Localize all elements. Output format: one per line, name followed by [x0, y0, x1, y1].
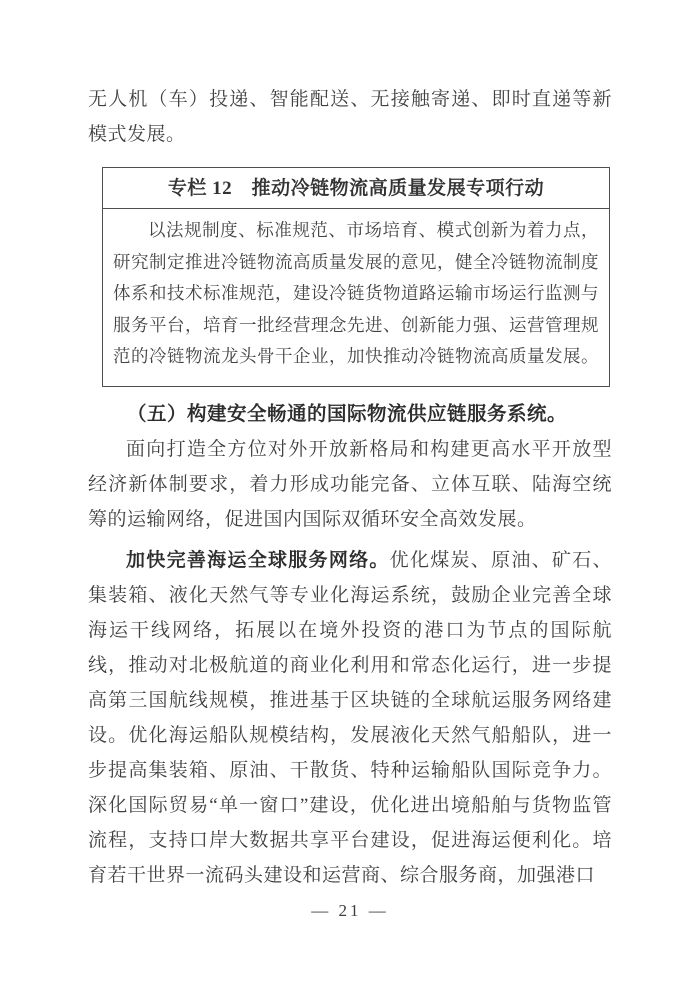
page-content: 无人机（车）投递、智能配送、无接触寄递、即时直递等新模式发展。 专栏 12 推动… [88, 82, 612, 893]
section-heading: （五）构建安全畅通的国际物流供应链服务系统。 [88, 397, 612, 432]
callout-box-body: 以法规制度、标准规范、市场培育、模式创新为着力点，研究制定推进冷链物流高质量发展… [103, 209, 609, 386]
paragraph-body: 优化煤炭、原油、矿石、集装箱、液化天然气等专业化海运系统，鼓励企业完善全球海运干… [88, 550, 612, 886]
continuation-paragraph: 无人机（车）投递、智能配送、无接触寄递、即时直递等新模式发展。 [88, 82, 612, 152]
callout-box: 专栏 12 推动冷链物流高质量发展专项行动 以法规制度、标准规范、市场培育、模式… [102, 167, 610, 387]
page-number: — 21 — [0, 901, 700, 921]
paragraph-overview: 面向打造全方位对外开放新格局和构建更高水平开放型经济新体制要求，着力形成功能完备… [88, 432, 612, 537]
callout-box-title: 专栏 12 推动冷链物流高质量发展专项行动 [103, 168, 609, 209]
paragraph-lead: 加快完善海运全球服务网络。 [126, 550, 390, 571]
document-page: 无人机（车）投递、智能配送、无接触寄递、即时直递等新模式发展。 专栏 12 推动… [0, 0, 700, 990]
paragraph-sea-network: 加快完善海运全球服务网络。优化煤炭、原油、矿石、集装箱、液化天然气等专业化海运系… [88, 543, 612, 893]
